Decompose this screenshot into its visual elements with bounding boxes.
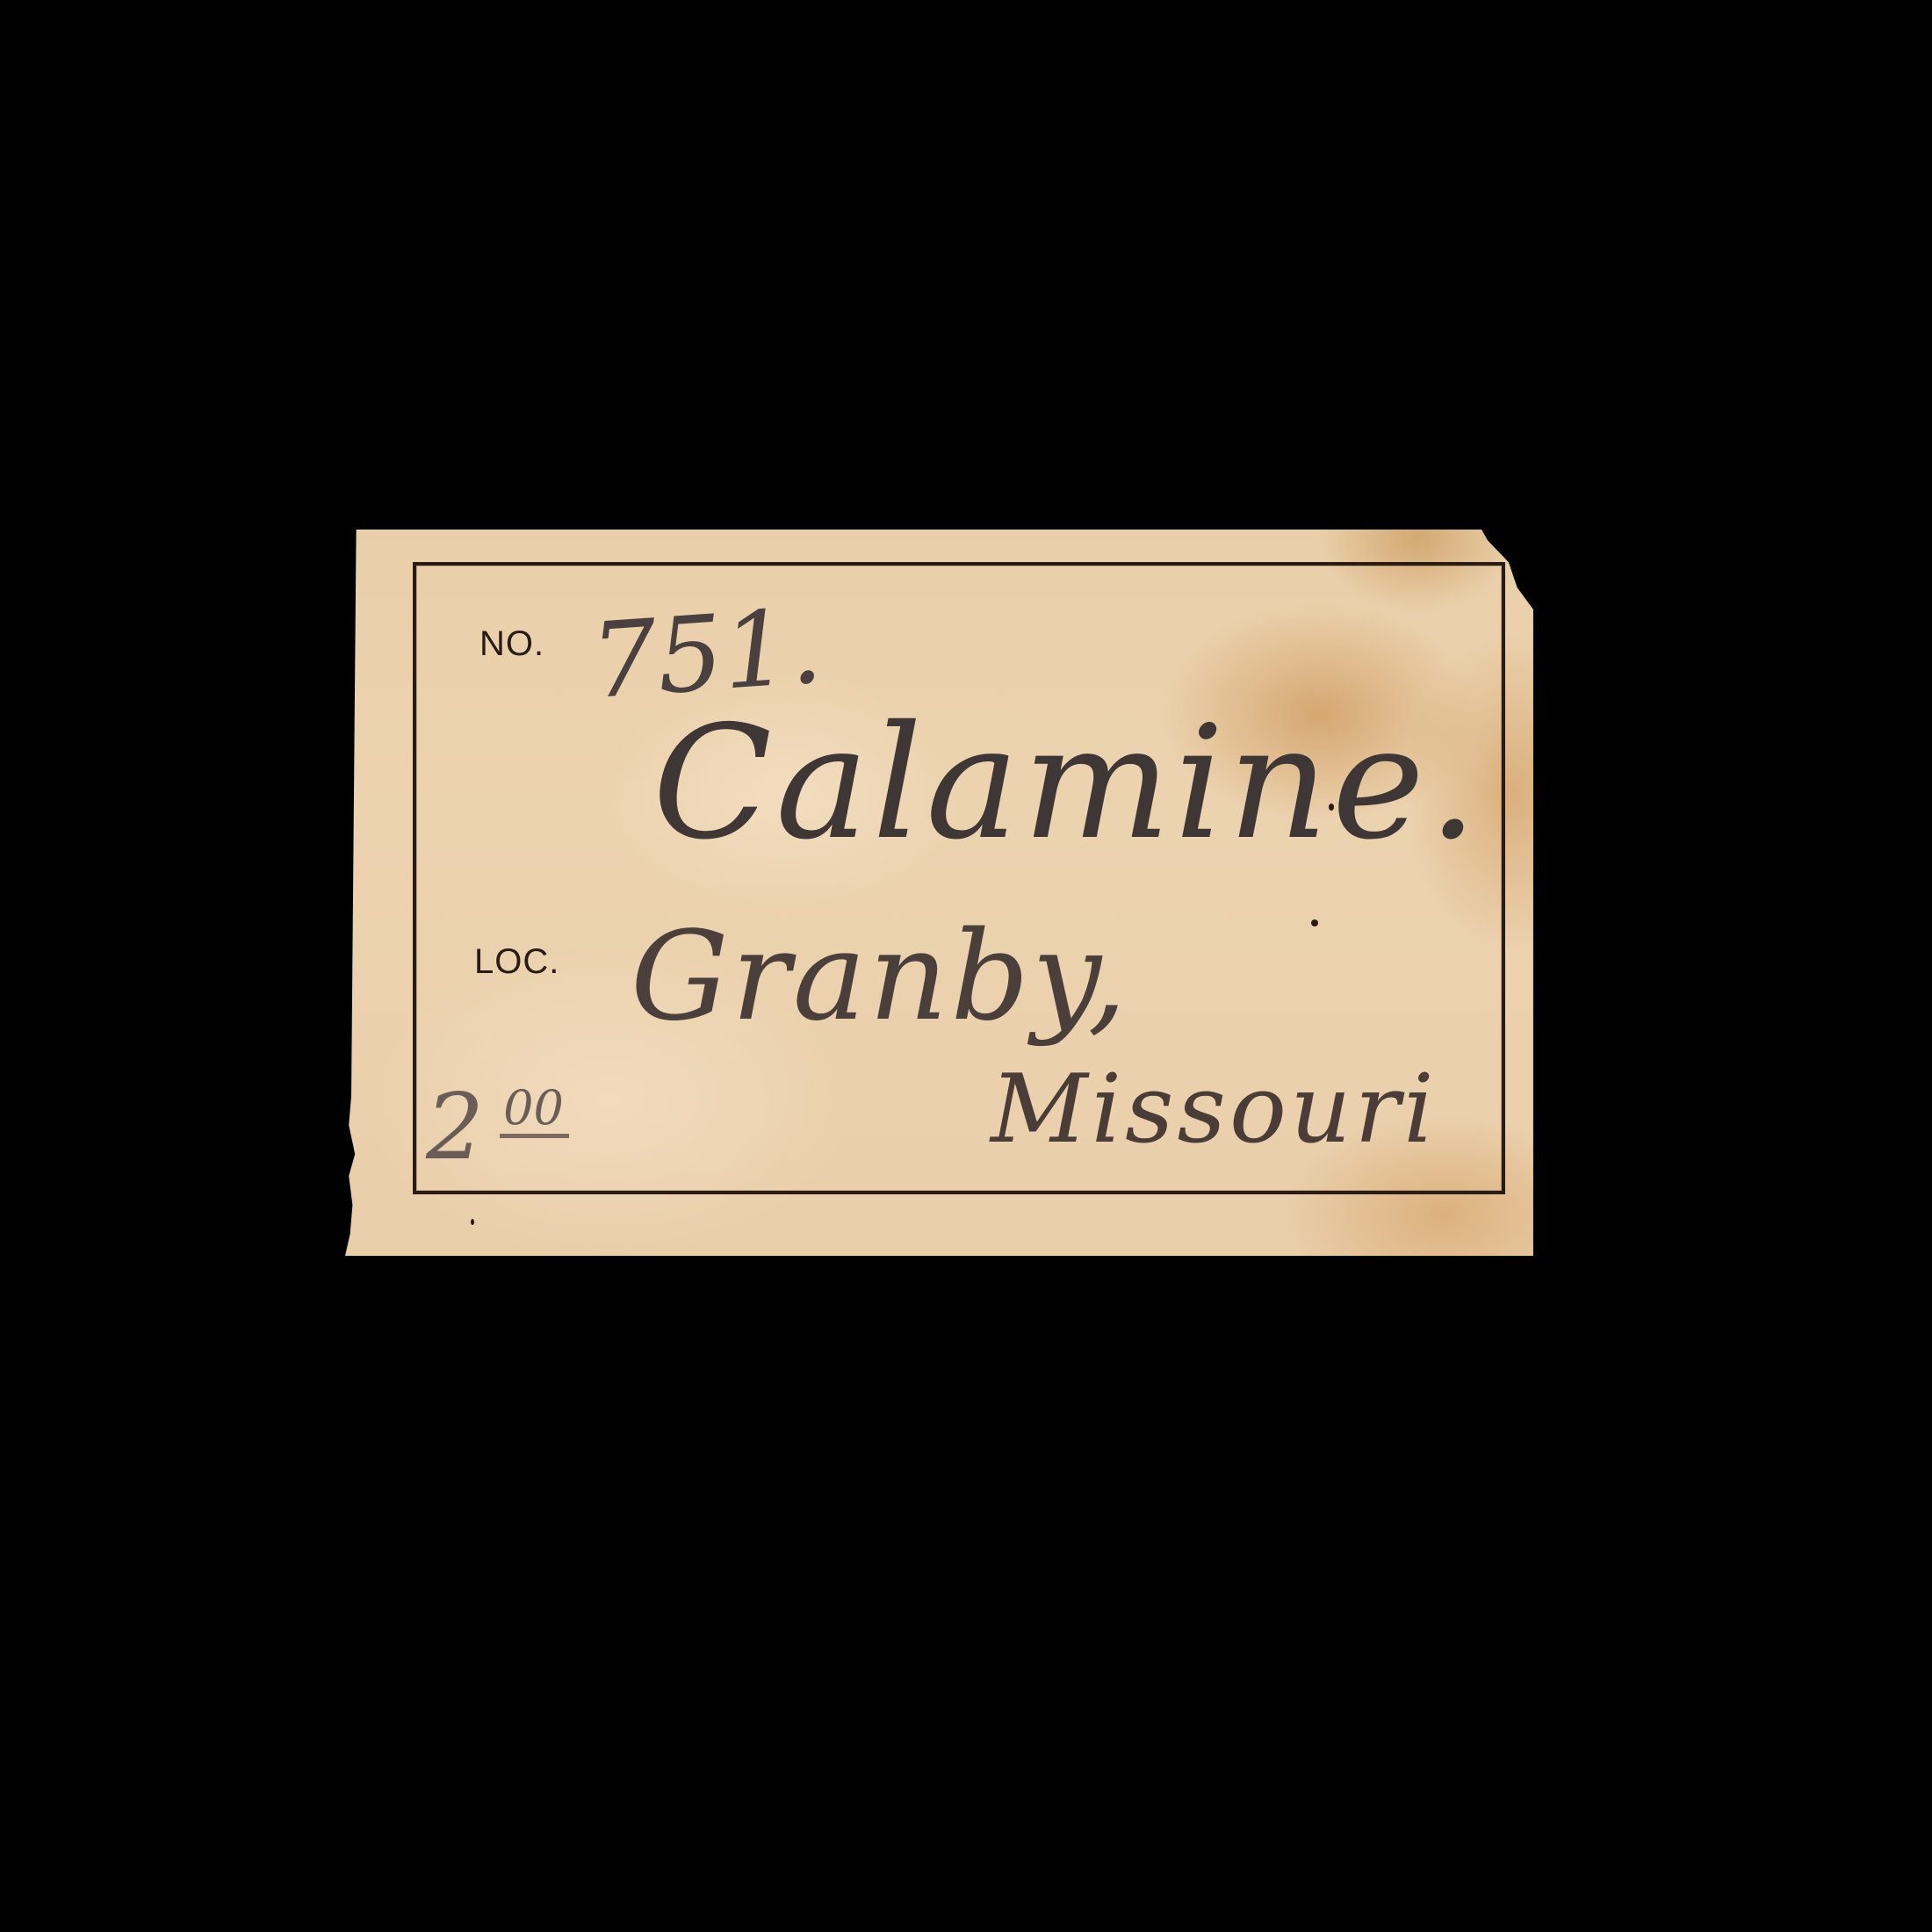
price-cents: 00 [500, 1085, 569, 1138]
ink-speck [1311, 919, 1318, 926]
specimen-label-card: NO. 751. Calamine. LOC. Granby, Missouri… [345, 530, 1576, 1256]
price-mark: 200 [426, 1081, 569, 1172]
locality-region: Missouri [991, 1063, 1438, 1157]
locality-field-label: LOC. [474, 944, 559, 979]
mineral-name: Calamine. [652, 705, 1481, 861]
ink-speck [471, 1219, 474, 1225]
price-dollars: 2 [426, 1073, 484, 1180]
ink-speck [1329, 804, 1334, 811]
number-field-label: NO. [479, 626, 544, 661]
locality-town: Granby, [631, 916, 1129, 1039]
